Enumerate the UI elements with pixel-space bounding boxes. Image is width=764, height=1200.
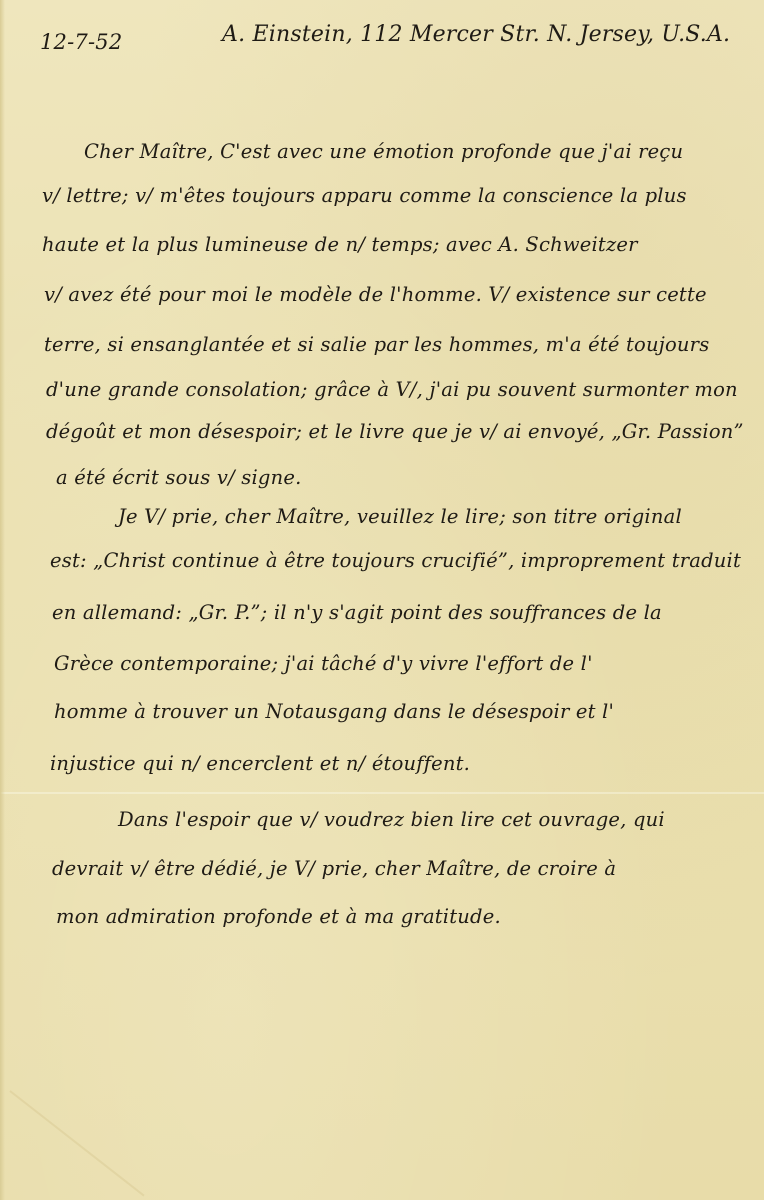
body-line: v/ lettre; v/ m'êtes toujours apparu com… (42, 184, 687, 207)
body-line: Cher Maître, C'est avec une émotion prof… (84, 140, 683, 163)
body-line: Grèce contemporaine; j'ai tâché d'y vivr… (54, 652, 593, 675)
body-line: injustice qui n/ encerclent et n/ étouff… (50, 752, 470, 775)
body-line: terre, si ensanglantée et si salie par l… (44, 333, 709, 356)
body-line: haute et la plus lumineuse de n/ temps; … (42, 233, 638, 256)
body-line: dégoût et mon désespoir; et le livre que… (46, 420, 744, 443)
paper-edge (0, 0, 5, 1200)
body-line: d'une grande consolation; grâce à V/, j'… (46, 378, 738, 401)
body-line: en allemand: „Gr. P.”; il n'y s'agit poi… (52, 601, 662, 624)
body-line: Dans l'espoir que v/ voudrez bien lire c… (118, 808, 665, 831)
body-line: mon admiration profonde et à ma gratitud… (56, 905, 501, 928)
letter-page: 12-7-52 A. Einstein, 112 Mercer Str. N. … (0, 0, 764, 1200)
letter-date: 12-7-52 (40, 30, 122, 54)
sender-address: A. Einstein, 112 Mercer Str. N. Jersey, … (222, 22, 730, 47)
body-line: homme à trouver un Notausgang dans le dé… (54, 700, 614, 723)
body-line: devrait v/ être dédié, je V/ prie, cher … (52, 857, 616, 880)
body-line: est: „Christ continue à être toujours cr… (50, 549, 741, 572)
body-line: a été écrit sous v/ signe. (56, 466, 302, 489)
body-line: v/ avez été pour moi le modèle de l'homm… (44, 283, 707, 306)
body-line: Je V/ prie, cher Maître, veuillez le lir… (118, 505, 682, 528)
